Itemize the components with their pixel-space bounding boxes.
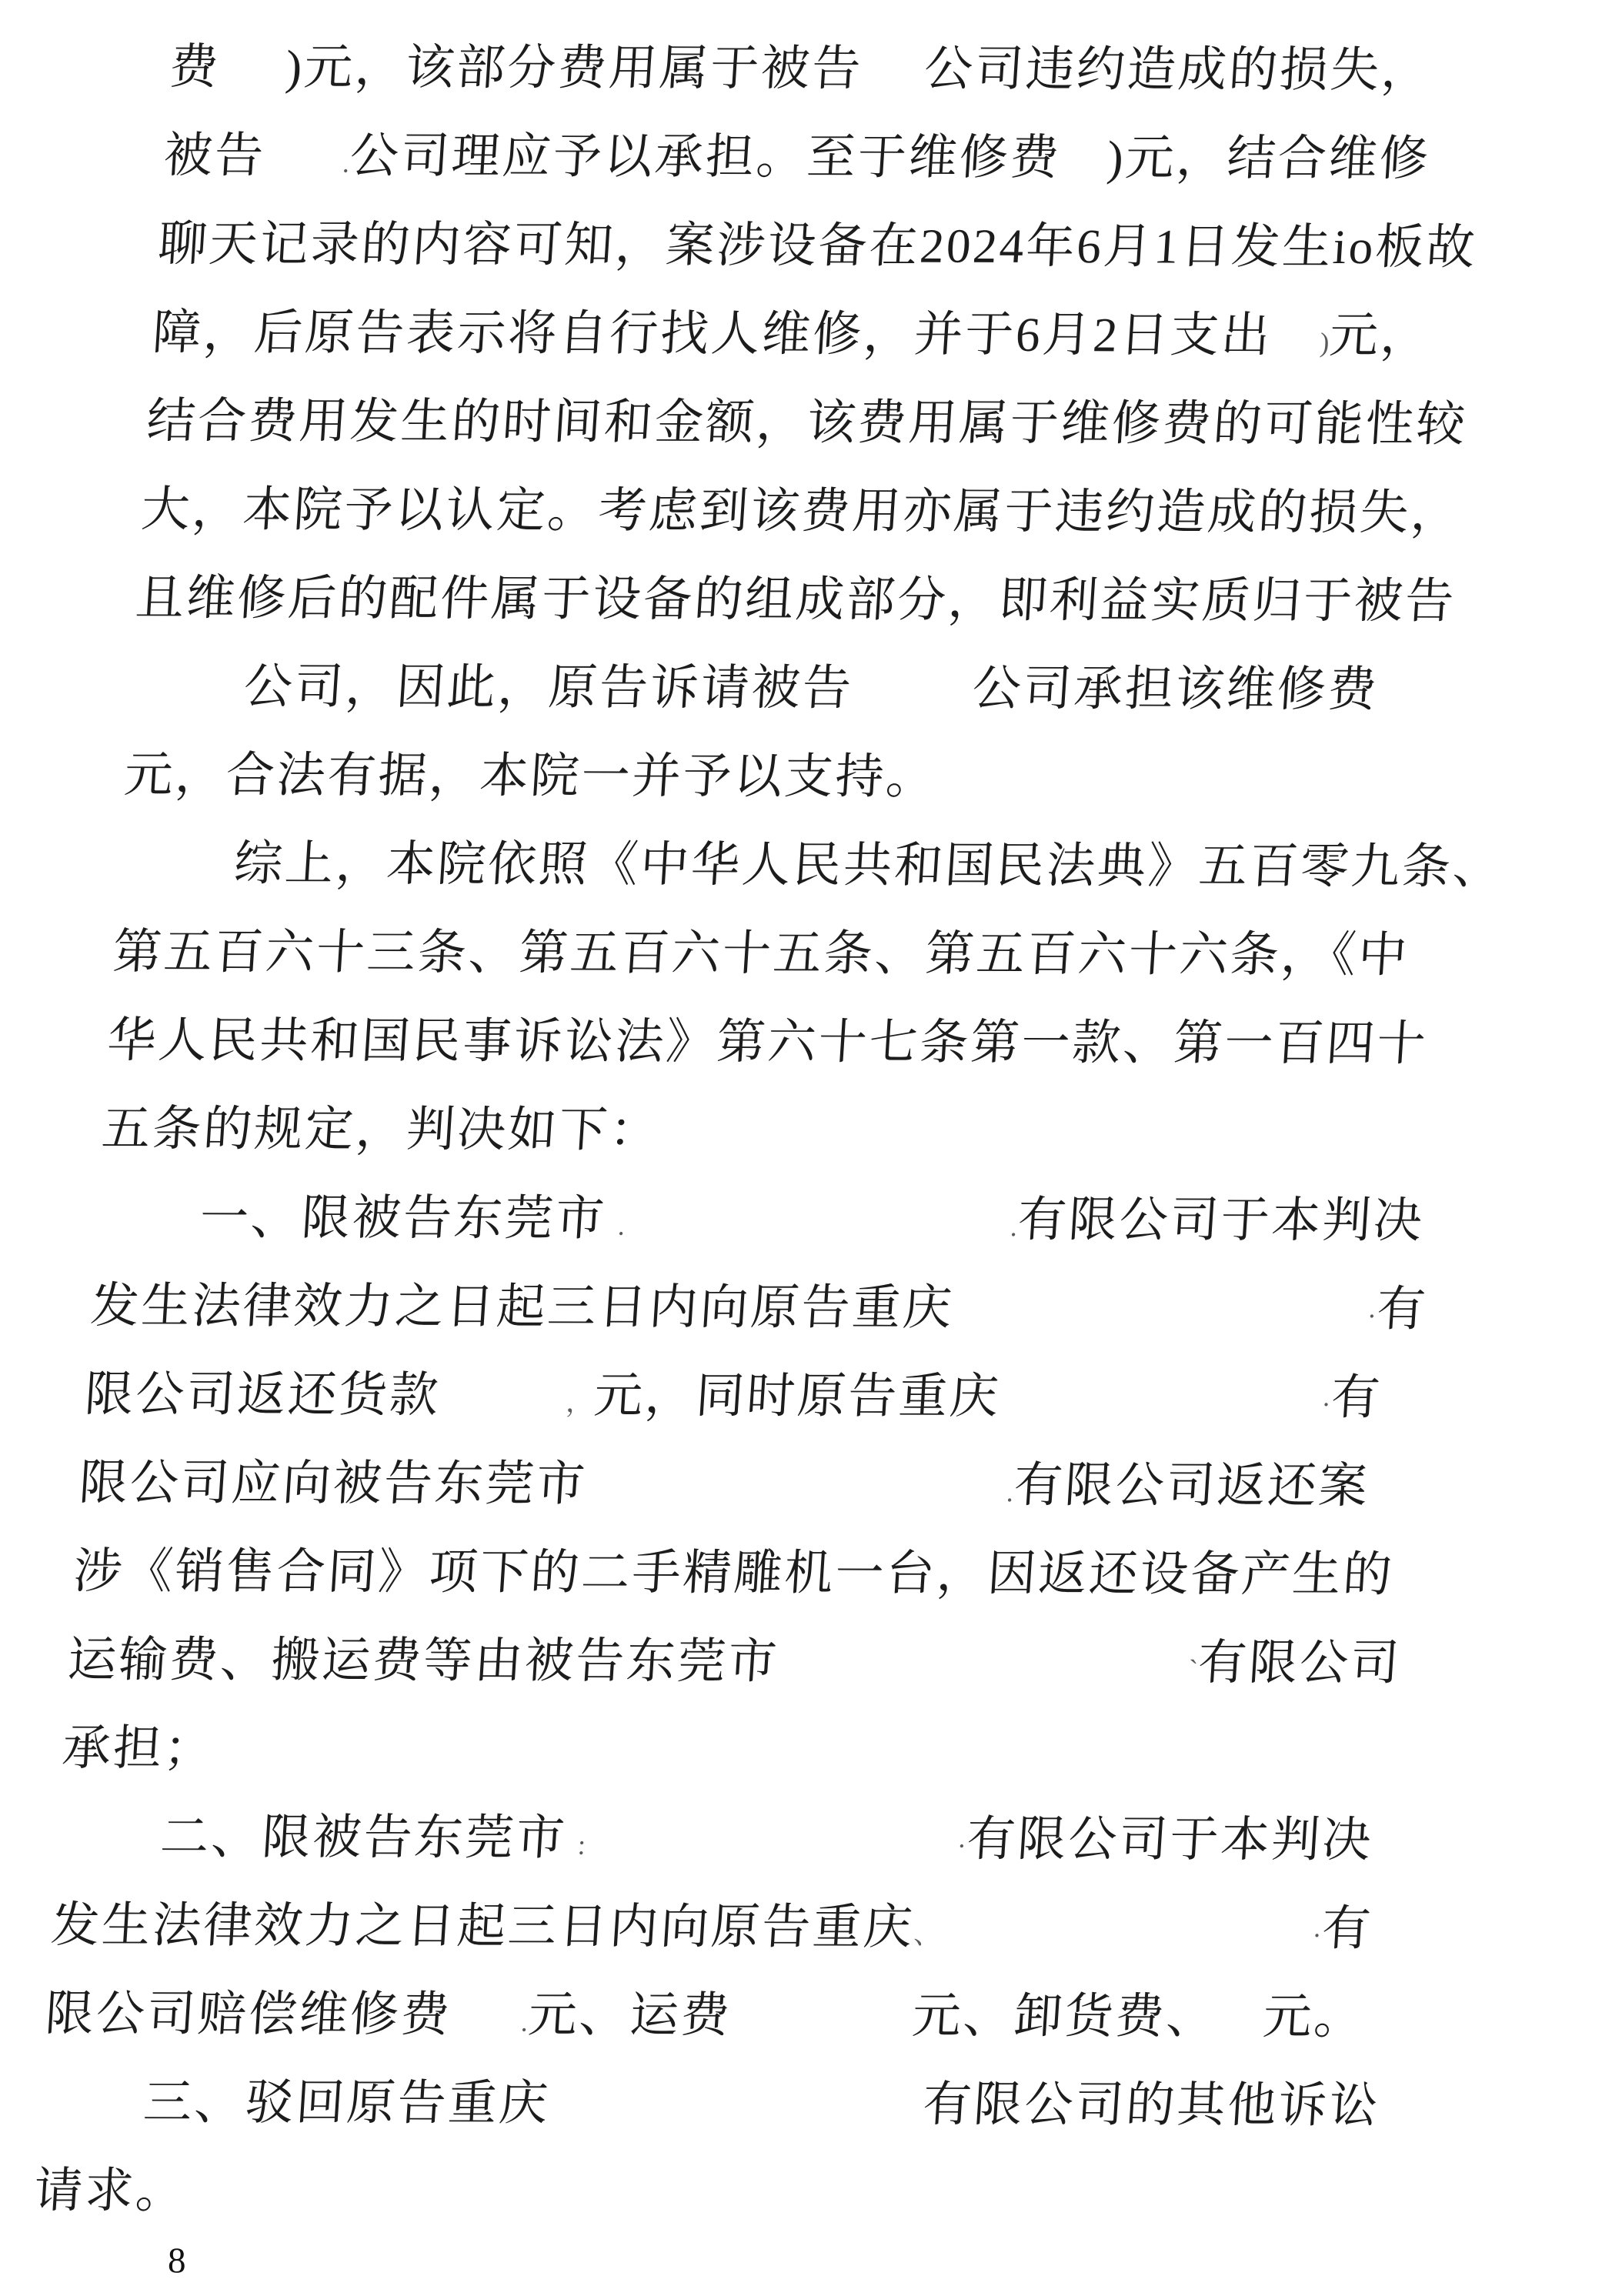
text-segment: )元，结合维修 — [1106, 131, 1432, 185]
text-segment: 限公司赔偿维修费 — [44, 1987, 453, 2041]
text-segment: 二、限被告东莞市 — [159, 1810, 568, 1864]
redaction-gap: ` — [776, 1617, 1201, 1714]
redaction-gap: . — [622, 1175, 1021, 1271]
text-segment: 元， — [1328, 309, 1433, 362]
document-line: 承担； — [59, 1704, 1465, 1797]
document-line: 一、限被告东莞市..有限公司于本判决 — [93, 1173, 1499, 1266]
text-segment: 结合费用发生的时间和金额，该费用属于维修费的可能性较 — [145, 394, 1469, 451]
document-line: 被告.公司理应予以承担。至于维修费)元，结合维修 — [161, 112, 1567, 204]
text-segment: 承担； — [61, 1721, 216, 1776]
text-segment: 元、卸货费、 — [911, 1989, 1219, 2044]
text-segment: 有限公司 — [1196, 1636, 1403, 1690]
page-number: 8 — [168, 2241, 186, 2281]
text-segment: 综上，本院依照《中华人民共和国民法典》五百零九条、 — [232, 836, 1505, 893]
text-segment: 有 — [1330, 1370, 1383, 1424]
text-segment: 公司承担该维修费 — [971, 662, 1380, 716]
text-segment: 限公司应向被告东莞市 — [78, 1456, 589, 1511]
redaction-gap: . — [262, 112, 353, 207]
redaction-gap: ) — [1269, 292, 1333, 387]
document-line: 障，后原告表示将自行找人维修，并于6月2日支出)元， — [150, 289, 1556, 381]
redaction-remnant: ) — [1319, 327, 1330, 358]
text-segment: 第五百六十三条、第五百六十五条、第五百六十六条，《中 — [112, 925, 1411, 982]
text-segment: 元、运费 — [527, 1988, 733, 2043]
document-line: 费)元，该部分费用属于被告公司违约造成的损失， — [167, 23, 1573, 115]
text-segment: )元，该部分费用属于被告 — [284, 40, 864, 95]
document-line: 聊天记录的内容可知，案涉设备在2024年6月1日发生io板故 — [155, 200, 1561, 292]
redaction-gap: · — [997, 1353, 1334, 1449]
text-segment: 一、限被告东莞市 — [199, 1190, 608, 1245]
redaction-remnant: ` — [1187, 1654, 1199, 1685]
document-line: 结合费用发生的时间和金额，该费用属于维修费的可能性较 — [144, 377, 1550, 469]
redaction-gap: · — [934, 1884, 1325, 1980]
document-line: 运输费、搬运费等由被告东莞市`有限公司 — [65, 1616, 1471, 1708]
text-segment: 请求。 — [32, 2164, 188, 2218]
document-body: 费)元，该部分费用属于被告公司违约造成的损失，被告.公司理应予以承担。至于维修费… — [32, 23, 1573, 2239]
redaction-remnant: · — [1311, 1920, 1323, 1951]
redaction-gap: . — [584, 1440, 1017, 1537]
document-line: 五条的规定，判决如下： — [99, 1085, 1505, 1177]
document-line: 限公司赔偿维修费.元、运费元、卸货费、元。 — [42, 1970, 1448, 2062]
text-segment: 障，后原告表示将自行找人维修，并于6月2日支出 — [151, 305, 1273, 362]
redaction-gap: · — [950, 1264, 1380, 1360]
document-line: 且维修后的配件属于设备的组成部分，即利益实质归于被告 — [133, 554, 1539, 646]
document-line: 三、驳回原告重庆有限公司的其他诉讼 — [37, 2058, 1443, 2151]
document-line: 综上，本院依照《中华人民共和国民法典》五百零九条、 — [116, 819, 1522, 912]
text-segment: 五条的规定，判决如下： — [100, 1102, 662, 1157]
document-line: 限公司返还货款，元，同时原告重庆·有 — [82, 1350, 1488, 1443]
redaction-remnant: · — [1367, 1300, 1378, 1331]
document-line: 第五百六十三条、第五百六十五条、第五百六十六条，《中 — [110, 908, 1516, 1000]
text-segment: 涉《销售合同》项下的二手精雕机一台，因返还设备产生的 — [72, 1544, 1395, 1601]
redaction-remnant: · — [956, 1830, 968, 1861]
text-segment: 限公司返还货款 — [83, 1367, 442, 1422]
redaction-remnant: ， — [565, 1387, 595, 1418]
text-segment: 元。 — [1262, 1990, 1367, 2044]
text-segment: 运输费、搬运费等由被告东莞市 — [66, 1633, 780, 1688]
document-line: 大，本院予以认定。考虑到该费用亦属于违约造成的损失， — [139, 466, 1544, 558]
document-line: 请求。 — [32, 2147, 1437, 2239]
redaction-remnant: · — [1320, 1389, 1332, 1420]
text-segment: 公司理应予以承担。至于维修费 — [349, 129, 1063, 185]
document-line: 发生法律效力之日起三日内向原告重庆·有 — [88, 1262, 1494, 1354]
redaction-gap: · — [582, 1794, 970, 1891]
text-segment: 公司，因此，原告诉请被告 — [242, 659, 855, 715]
text-segment: 聊天记录的内容可知，案涉设备在2024年6月1日发生io板故 — [156, 217, 1478, 274]
redaction-gap — [549, 2120, 922, 2121]
text-segment: 被告 — [162, 128, 267, 182]
document-line: 限公司应向被告东莞市.有限公司返还案 — [76, 1439, 1482, 1531]
text-segment: 公司违约造成的损失， — [923, 42, 1433, 98]
text-segment: 元，同时原告重庆 — [592, 1369, 1002, 1423]
document-line: 公司，因此，原告诉请被告公司承担该维修费 — [127, 642, 1533, 735]
text-segment: 元，合法有据，本院一并予以支持。 — [122, 748, 938, 804]
document-line: 涉《销售合同》项下的二手精雕机一台，因返还设备产生的 — [71, 1527, 1477, 1620]
redaction-remnant: 、 — [913, 1919, 943, 1950]
redaction-gap: . — [449, 1971, 532, 2066]
text-segment: 发生法律效力之日起三日内向原告重庆 — [49, 1898, 916, 1954]
document-page: 费)元，该部分费用属于被告公司违约造成的损失，被告.公司理应予以承担。至于维修费… — [0, 0, 1622, 2296]
text-segment: 且维修后的配件属于设备的组成部分，即利益实质归于被告 — [134, 571, 1457, 628]
text-segment: 三、驳回原告重庆 — [142, 2075, 551, 2130]
text-segment: 华人民共和国民事诉讼法》第六十七条第一款、第一百四十 — [105, 1013, 1429, 1070]
text-segment: 有限公司于本判决 — [965, 1812, 1374, 1867]
document-line: 元，合法有据，本院一并予以支持。 — [122, 731, 1527, 823]
text-segment: 有限公司返还案 — [1013, 1458, 1371, 1513]
text-segment: 有 — [1375, 1282, 1429, 1336]
document-line: 二、限被告东莞市:·有限公司于本判决 — [54, 1793, 1460, 1885]
document-line: 发生法律效力之日起三日内向原告重庆、·有 — [48, 1881, 1454, 1974]
text-segment: 有限公司的其他诉讼 — [921, 2077, 1381, 2133]
document-line: 华人民共和国民事诉讼法》第六十七条第一款、第一百四十 — [105, 996, 1510, 1089]
redaction-gap: ， — [437, 1351, 597, 1447]
text-segment: 费 — [168, 40, 222, 94]
redaction-gap — [731, 2031, 912, 2032]
text-segment: 有 — [1320, 1901, 1374, 1955]
text-segment: 大，本院予以认定。考虑到该费用亦属于违约造成的损失， — [139, 482, 1463, 539]
text-segment: 有限公司于本判决 — [1016, 1193, 1426, 1247]
text-segment: 发生法律效力之日起三日内向原告重庆 — [88, 1279, 955, 1335]
